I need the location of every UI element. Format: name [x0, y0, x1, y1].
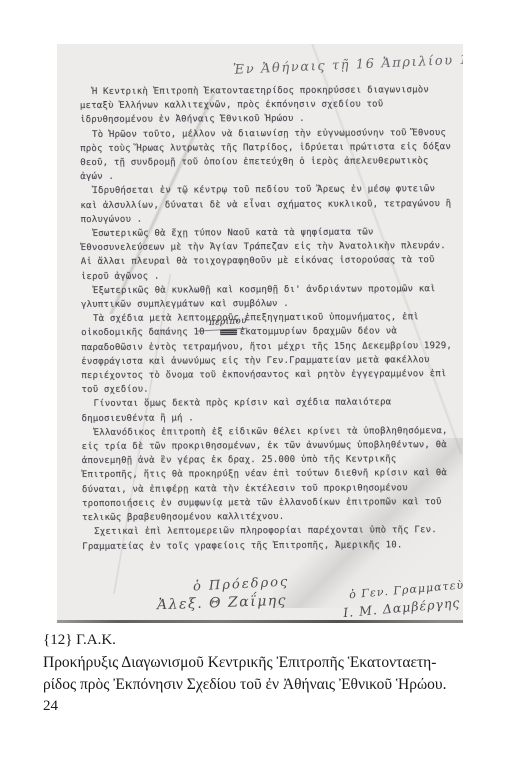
scan-bottom-edge [57, 620, 463, 623]
correction-wrap: περίπου [205, 326, 240, 340]
handwritten-insertion: περίπου [196, 314, 247, 332]
paragraph: Ἱδρυθήσεται ἐν τῷ κέντρῳ τοῦ πεδίου τοῦ … [80, 182, 454, 227]
paragraph: Ἐξωτερικῶς θὰ κυκλωθῇ καὶ κοσμηθῇ δι' ἀν… [81, 282, 455, 312]
paragraph-with-correction: Τὰ σχέδια μετὰ λεπτομεροῦς ἐπεξηγηματικο… [81, 310, 455, 397]
signature-left-name: Ἀλεξ. Θ Ζαΐμης [157, 593, 288, 614]
caption-text-line: Προκήρυξις Διαγωνισμοῦ Κεντρικῆς Ἐπιτροπ… [43, 652, 485, 674]
page-number: 24 [43, 698, 58, 715]
paragraph: Γίνονται ὅμως δεκτὰ πρὸς κρίσιν καὶ σχέδ… [81, 395, 455, 425]
paragraph: Ἐσωτερικῶς θὰ ἔχῃ τύπον Ναοῦ κατὰ τὰ ψηφ… [81, 225, 455, 284]
paragraph: Σχετικαὶ ἐπὶ λεπτομερειῶν πληροφορίαι πα… [82, 523, 456, 553]
strikethrough-correction [220, 330, 237, 336]
figure-caption: {12} Γ.Α.Κ. Προκήρυξις Διαγωνισμοῦ Κεντρ… [43, 632, 485, 695]
paragraph: Τὸ Ἡρῶον τοῦτο, μέλλον νὰ διαιωνίσῃ τὴν … [80, 126, 454, 185]
caption-source-label: {12} Γ.Α.Κ. [43, 632, 485, 649]
signature-left-title: ὁ Πρόεδρος [193, 574, 290, 594]
document-scan: Ἐν Ἀθήναις τῇ 16 Ἀπριλίου 1929 Ἡ Κεντρικ… [57, 44, 463, 623]
handwritten-date: Ἐν Ἀθήναις τῇ 16 Ἀπριλίου 1929 [233, 51, 463, 78]
caption-text-line: ρίδος πρὸς Ἐκπόνησιν Σχεδίου τοῦ ἐν Ἀθήν… [43, 674, 485, 696]
typewritten-body: Ἡ Κεντρικὴ Ἐπιτροπὴ Ἑκατονταετηρίδος προ… [80, 83, 456, 554]
paragraph: Ἡ Κεντρικὴ Ἐπιτροπὴ Ἑκατονταετηρίδος προ… [80, 83, 454, 128]
paragraph: Ἑλλανόδικος ἐπιτροπὴ ἐξ εἰδικῶν θέλει κρ… [82, 424, 457, 525]
